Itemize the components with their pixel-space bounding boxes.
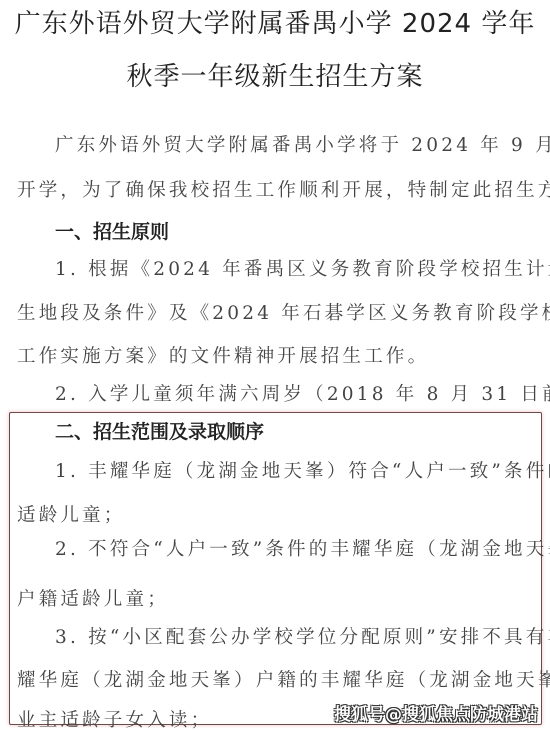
section1-item1-line3: 工作实施方案》的文件精神开展招生工作。 (17, 342, 537, 368)
intro-paragraph-line1: 广东外语外贸大学附属番禺小学将于 2024 年 9 月正式 (55, 131, 550, 157)
section2-item2-line1: 2. 不符合“人户一致”条件的丰耀华庭（龙湖金地天峯） (55, 535, 550, 561)
section1-heading: 一、招生原则 (55, 217, 169, 244)
section2-item3-line1: 3. 按“小区配套公办学校学位分配原则”安排不具有丰 (55, 623, 550, 649)
section1-item2-line1: 2. 入学儿童须年满六周岁（2018 年 8 月 31 日前出生）。 (55, 380, 550, 406)
document-title-line2: 秋季一年级新生招生方案 (0, 56, 550, 93)
section2-item1-line1: 1. 丰耀华庭（龙湖金地天峯）符合“人户一致”条件的 (55, 457, 550, 483)
watermark: 搜狐号@搜狐焦点防城港站 (334, 700, 538, 725)
section1-item1-line1: 1. 根据《2024 年番禺区义务教育阶段学校招生计划、招 (55, 255, 550, 281)
section2-item2-line2: 户籍适龄儿童； (17, 585, 537, 611)
section2-item1-line2: 适龄儿童； (17, 501, 537, 527)
intro-paragraph-line2: 开学，为了确保我校招生工作顺利开展，特制定此招生方案。 (17, 176, 537, 202)
document-title-line1: 广东外语外贸大学附属番禺小学 2024 学年 (0, 3, 550, 40)
section2-heading: 二、招生范围及录取顺序 (55, 417, 264, 444)
section2-item3-line2: 耀华庭（龙湖金地天峯）户籍的丰耀华庭（龙湖金地天峯） (17, 666, 537, 692)
section1-item1-line2: 生地段及条件》及《2024 年石碁学区义务教育阶段学校招生 (17, 299, 537, 325)
